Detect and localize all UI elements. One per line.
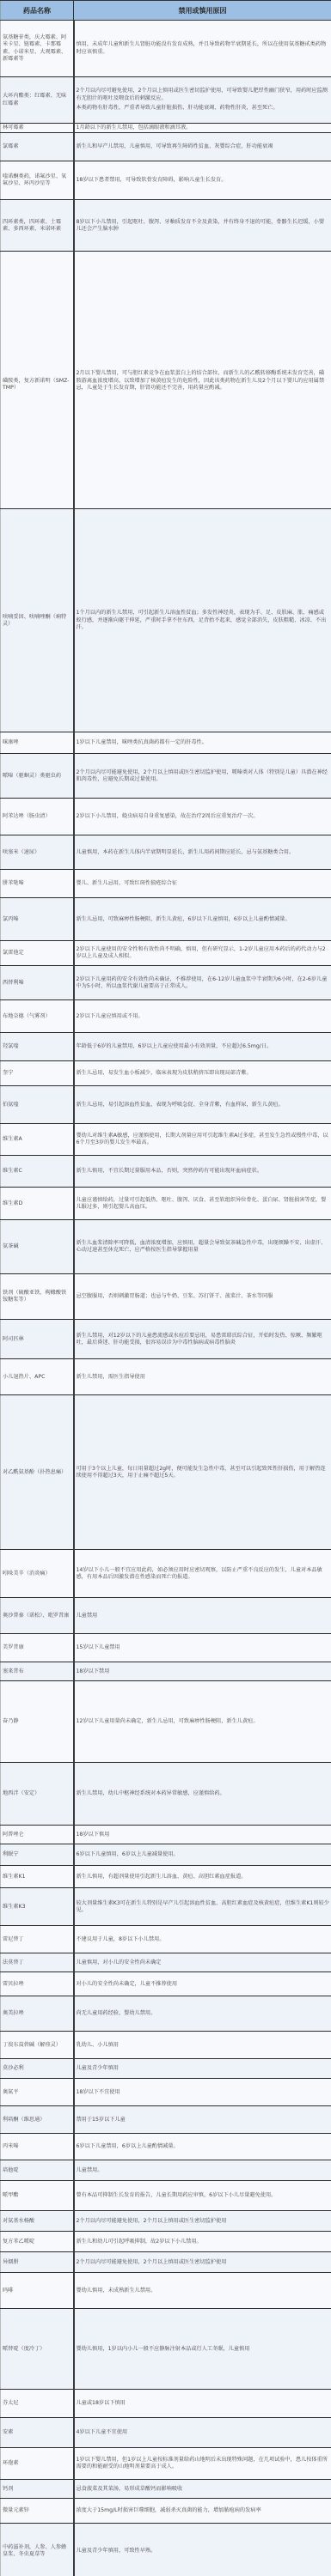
table-row: 美罗昔康15岁以下儿童禁用 (1, 1634, 331, 1662)
reason-text: 较大剂量维生素K3可在新生儿特别是早产儿引起溶血性贫血、高胆红素血症及核黄疸症，… (77, 1900, 330, 1915)
reason-text: 忌食菠菜及其菜汤，易形成草酸钙而影响吸收 (77, 2486, 330, 2493)
table-row: 奥美拉唑尚无儿童用药经验，婴幼儿禁用。 (1, 1996, 331, 2032)
reason-cell: 6岁以下儿童慎用，6岁以上儿童减量使用。 (74, 1844, 331, 1866)
reason-text: 不建议用于儿童，8岁以下小儿禁用。 (77, 1936, 330, 1943)
table-row: 塞来昔布18岁以下禁用 (1, 1662, 331, 1681)
reason-cell: 18岁以下患者禁用，可导致软骨发育障碍，影响儿童生长发育。 (74, 161, 331, 200)
reason-cell: 8岁以下小儿禁用，引起呕吐、腹泻、牙釉质发育不全及黄染，并有终身不退的可能，骨骼… (74, 200, 331, 252)
table-row: 丙米嗪6岁以下儿童禁用，6岁以上儿童酌情减量。 (1, 2134, 331, 2160)
drug-name-cell: 环孢素 (1, 2448, 74, 2480)
reason-cell: 1月龄以下的新生儿禁用，包括滴眼液和滴耳液。 (74, 124, 331, 133)
drug-name-cell: 维生素K3 (1, 1888, 74, 1926)
reason-text: 新生儿禁用，幼儿中枢神经系统对本药异常敏感，应谨慎给药。 (77, 1790, 330, 1797)
reason-cell: 慎用，未成年儿童和新生儿肾脏功能没有发育成熟，并且导致药物半衰期延长，所以在使用… (74, 21, 331, 77)
drug-name-cell: 氯霉素 (1, 133, 74, 161)
table-row: 吲哚美辛（消炎痛）14岁以下小儿一般不宜应用此药，如必须应用时应密切观察，以防止… (1, 1550, 331, 1598)
reason-text: 8岁以下小儿禁用，引起呕吐、腹泻、牙釉质发育不全及黄染，并有终身不退的可能，骨骼… (77, 219, 330, 234)
table-row: 氨基糖苷类，庆大霉素、阿米卡星、链霉素、卡那霉素、小诺米星、大观霉素、新霉素等慎… (1, 21, 331, 77)
reason-cell: 14岁以下小儿一般不宜应用此药，如必须应用时应密切观察，以防止严重不良反应的发生… (74, 1550, 331, 1598)
table-row: 奥沙普秦（诺松）、吡罗昔康儿童禁用 (1, 1598, 331, 1634)
drug-name-cell: 丙米嗪 (1, 2134, 74, 2160)
table-row: 布地奈德（气雾剂）2岁以下儿童应慎用或不用。 (1, 1000, 331, 1033)
reason-cell: 儿童或18岁以下慎用 (74, 2390, 331, 2418)
reason-cell: 乳幼儿、小儿慎用 (74, 2032, 331, 2059)
reason-cell: 18岁以下禁用 (74, 1662, 331, 1681)
reason-cell: 儿童及青少年慎用 (74, 2059, 331, 2079)
table-row: 咪康唑1岁以下儿童禁用，咪唑类抗真菌药都有一定的肝毒性。 (1, 732, 331, 754)
reason-text: 禁用于15岁以下儿童 (77, 2117, 330, 2123)
reason-cell: 1岁以下儿童禁用，咪唑类抗真菌药都有一定的肝毒性。 (74, 732, 331, 754)
drug-name-cell: 雷尼替丁 (1, 1926, 74, 1953)
reason-text: 慎用，未成年儿童和新生儿肾脏功能没有发育成熟，并且导致药物半衰期延长，所以在使用… (77, 41, 330, 56)
table-row: 哌甲酯曾有本品可抑制生长发育的报告，儿童长期用药应审慎，6岁以下小儿尽量避免使用… (1, 2181, 331, 2211)
drug-name-cell: 哌替啶（度冷丁） (1, 2309, 74, 2390)
table-row: 阿普唑仑18岁以下慎用 (1, 1826, 331, 1844)
drug-name-cell: 奥美拉唑 (1, 1996, 74, 2032)
reason-cell: 15岁以下儿童禁用 (74, 1634, 331, 1662)
reason-cell: 4岁以下儿童不宜使用 (74, 2418, 331, 2448)
table-row: 莫沙必利儿童及青少年慎用 (1, 2059, 331, 2079)
reason-cell: 对小儿的安全性尚未确定，儿童不推荐使用 (74, 1972, 331, 1996)
drug-name-cell: 维生素D (1, 1188, 74, 1220)
drug-name-cell: 氯雷他定 (1, 941, 74, 966)
table-row: 喹诺酮类药，诺氟沙星、氧氟沙星、环丙沙星等18岁以下患者禁用，可导致软骨发育障碍… (1, 161, 331, 200)
reason-text: 15岁以下儿童禁用 (77, 1644, 330, 1651)
reason-cell: 1个月以内的新生儿禁用，可引起新生儿溶血性贫血；多发性神经炎，表现为手、足、皮肤… (74, 509, 331, 732)
reason-text: 18岁以下患者禁用，可导致软骨发育障碍，影响儿童生长发育。 (77, 177, 330, 184)
drug-name-cell: 异烟肼 (1, 2252, 74, 2273)
reason-text: 新生儿禁用，对12岁以下的儿童患流感或水痘后要忌用，易患雷耶氏综合征，开始时发热… (77, 1333, 330, 1347)
reason-text: 年龄低于6岁的儿童禁用，6岁以上儿童应使用最小有效剂量，不应超过6.5mg/日。 (77, 1043, 330, 1050)
table-row: 安素4岁以下儿童不宜使用 (1, 2418, 331, 2448)
drug-name-cell: 钙剂 (1, 2480, 74, 2499)
reason-text: 1岁以下婴儿禁用，但1岁以上儿童按标准剂量给药山地明后未出现特殊问题，在几项试验… (77, 2457, 330, 2471)
drug-table: 药品名称 禁用或慎用原因 氨基糖苷类，庆大霉素、阿米卡星、链霉素、卡那霉素、小诺… (0, 0, 331, 2576)
reason-text: 6岁以下儿童禁用，6岁以上儿童酌情减量。 (77, 2143, 330, 2150)
reason-text: 1月龄以下的新生儿禁用，包括滴眼液和滴耳液。 (77, 125, 330, 131)
drug-name-cell: 美罗昔康 (1, 1634, 74, 1662)
reason-cell: 6岁以下儿童禁用，6岁以上儿童酌情减量。 (74, 2134, 331, 2160)
table-row: 哌替啶（度冷丁）婴幼儿慎用，1岁以内小儿一般不应静脉注射本品或行人工冬眠，儿童慎… (1, 2309, 331, 2390)
drug-name-cell: 阿苯达唑（肠虫清） (1, 799, 74, 835)
table-row: 呋塞米（速尿）儿童慎用，本药在新生儿体内半衰期明显延长，新生儿用药间期应延长，忌… (1, 835, 331, 870)
reason-text: 新生儿忌用，易发生血小板减少，临床表现为皮肤稍挤压即出现局部青紫。 (77, 1070, 330, 1077)
table-row: 氨茶碱新生儿血浆清除率可降低，血清浓度增加，应慎用，超量会导致氨茶碱急性中毒，出… (1, 1220, 331, 1274)
table-row: 丁溴东莨菪碱（解痉灵）乳幼儿、小儿慎用 (1, 2032, 331, 2059)
drug-name-cell: 咪康唑 (1, 732, 74, 754)
drug-name-cell: 丁溴东莨菪碱（解痉灵） (1, 2032, 74, 2059)
table-row: 氯霉素新生儿和早产儿禁用，儿童慎用，可导致再生障碍性贫血、灰婴综合症，肝功能衰竭 (1, 133, 331, 161)
reason-cell: 儿童及青少年慎用，可致性早熟。 (74, 2524, 331, 2576)
table-row: 阿司匹林新生儿禁用，对12岁以下的儿童患流感或水痘后要忌用，易患雷耶氏综合征，开… (1, 1320, 331, 1359)
reason-cell: 12岁以下儿童用量尚未确定，新生儿忌用，可致麻痹性肠梗阻，新生儿黄疸。 (74, 1681, 331, 1763)
reason-cell: 浓度大于15mg/L时损害巨噬细胞，减弱杀灭真菌的能力，增加脓疱病的发病率 (74, 2499, 331, 2524)
reason-cell: 2岁以下儿童用药的安全有效性尚未确证，不推荐使用，在6-12岁儿童血浆中半衰期为… (74, 966, 331, 1000)
reason-text: 2岁以下儿童应慎用或不用。 (77, 1013, 330, 1020)
table-row: 西替利嗪2岁以下儿童用药的安全有效性尚未确证，不推荐使用，在6-12岁儿童血浆中… (1, 966, 331, 1000)
drug-name-cell: 雷贝拉唑 (1, 1972, 74, 1996)
reason-text: 2个月以内尽可能避免使用，2个月以上慎用或医生密切监护使用 (77, 2218, 330, 2225)
table-row: 维生素D儿童应谨慎给药，过量可引起低热、呕吐、腹泻、厌食、甚至软组织异位骨化、蛋… (1, 1188, 331, 1220)
reason-cell: 儿童慎用，对小儿的安全性尚未确定 (74, 1953, 331, 1972)
reason-text: 18岁以下慎用 (77, 1832, 330, 1838)
reason-text: 2岁以下儿童用药的安全有效性尚未确证，不推荐使用，在6-12岁儿童血浆中半衰期为… (77, 976, 330, 991)
reason-cell: 新生儿禁用，幼儿中枢神经系统对本药异常敏感，应谨慎给药。 (74, 1763, 331, 1826)
reason-text: 曾有本品可抑制生长发育的报告，儿童长期用药应审慎，6岁以下小儿尽量避免使用。 (77, 2192, 330, 2199)
reason-text: 2岁以下儿童使用的安全性和有效性尚不明确，慎用，但有研究显示，1-2岁儿童应用本… (77, 946, 330, 961)
reason-cell: 2岁以下小儿禁用，蛲虫病易自身重复感染，故在治疗2周后应重复治疗一次。 (74, 799, 331, 835)
drug-name-cell: 阿普唑仑 (1, 1826, 74, 1844)
reason-cell: 2个月以内尽可能避免使用，2个月以上慎用或医生密切监护使用，哌嗪类对人体（特别是… (74, 754, 331, 799)
table-row: 钙剂忌食菠菜及其菜汤，易形成草酸钙而影响吸收 (1, 2480, 331, 2499)
reason-text: 新生儿慎用，不宜长期过量服用本品，否则，突然停药有可能出现坏血病症状。 (77, 1168, 330, 1175)
table-row: 羟氯喹年龄低于6岁的儿童禁用，6岁以上儿童应使用最小有效剂量，不应超过6.5mg… (1, 1033, 331, 1061)
drug-name-cell: 维生素K1 (1, 1866, 74, 1888)
reason-cell: 新生儿忌用，易发生血小板减少，临床表现为皮肤稍挤压即出现局部青紫。 (74, 1061, 331, 1086)
drug-name-cell: 四环素类，四环素、土霉素、多西环素、米诺环素 (1, 200, 74, 252)
table-body: 氨基糖苷类，庆大霉素、阿米卡星、链霉素、卡那霉素、小诺米星、大观霉素、新霉素等慎… (1, 21, 331, 2576)
drug-name-cell: 培他啶 (1, 2160, 74, 2181)
drug-name-cell: 复方苯乙哌啶 (1, 2232, 74, 2252)
reason-text: 2个月以内尽可能避免使用，2个月以上慎用或医生密切监护使用，哌嗪类对人体（特别是… (77, 769, 330, 784)
header-row: 药品名称 禁用或慎用原因 (1, 1, 331, 21)
reason-text: 新生儿慎用，有超剂量使用引起新生儿溶血、黄疸、高胆红素血症报道。 (77, 1874, 330, 1880)
drug-name-cell: 林可霉素 (1, 124, 74, 133)
drug-name-cell: 吲哚美辛（消炎痛） (1, 1550, 74, 1598)
drug-name-cell: 奥沙普秦（诺松）、吡罗昔康 (1, 1598, 74, 1634)
reason-cell: 年龄低于6岁的儿童禁用，6岁以上儿童应使用最小有效剂量，不应超过6.5mg/日。 (74, 1033, 331, 1061)
reason-text: 新生儿和早产儿禁用，儿童慎用，可导致再生障碍性贫血、灰婴综合症，肝功能衰竭 (77, 143, 330, 150)
reason-text: 新生儿禁用，需医生指导使用 (77, 1374, 330, 1381)
reason-cell: 新生儿慎用，不宜长期过量服用本品，否则，突然停药有可能出现坏血病症状。 (74, 1156, 331, 1188)
reason-text: 可用于3个以上儿童，每日用量超过2g时，便可能发生急性中毒，甚至可以引起致死性肝… (77, 1466, 330, 1480)
reason-text: 18岁以下禁用 (77, 1668, 330, 1675)
reason-text: 儿童应谨慎给药，过量可引起低热、呕吐、腹泻、厌食、甚至软组织异位骨化、蛋白尿、肾… (77, 1197, 330, 1212)
reason-text: 儿童或18岁以下慎用 (77, 2400, 330, 2407)
reason-cell: 儿童禁用。 (74, 2160, 331, 2181)
reason-text: 儿童慎用，本药在新生儿体内半衰期明显延长，新生儿用药间期应延长，忌与氨基糖类合用… (77, 849, 330, 856)
drug-name-cell: 呋塞米（速尿） (1, 835, 74, 870)
reason-cell: 1岁以下婴儿禁用，但1岁以上儿童按标准剂量给药山地明后未出现特殊问题，在几项试验… (74, 2448, 331, 2480)
drug-name-cell: 羟氯喹 (1, 1033, 74, 1061)
reason-cell: 2岁以下儿童使用的安全性和有效性尚不明确，慎用，但有研究显示，1-2岁儿童应用本… (74, 941, 331, 966)
reason-text: 婴儿、新生儿忌用，可致红斑性狼疮综合征 (77, 880, 330, 887)
reason-text: 儿童禁用 (77, 1613, 330, 1619)
reason-cell: 忌空腹服用，否则刺激胃肠道；也忌与牛奶、豆浆、苏打饼干、菠菜汁、茶水等同服 (74, 1274, 331, 1320)
table-row: 奋乃静12岁以下儿童用量尚未确定，新生儿忌用，可致麻痹性肠梗阻，新生儿黄疸。 (1, 1681, 331, 1763)
table-row: 奥氮平18岁以下不宜使用 (1, 2079, 331, 2106)
reason-cell: 2个月以内尽可能避免使用，2个月以上慎用或医生密切监护使用 (74, 2252, 331, 2273)
reason-cell: 18岁以下慎用 (74, 1826, 331, 1844)
reason-text: 4岁以下儿童不宜使用 (77, 2429, 330, 2436)
reason-text: 14岁以下小儿一般不宜应用此药，如必须应用时应密切观察，以防止严重不良反应的发生… (77, 1567, 330, 1582)
table-row: 维生素K3较大剂量维生素K3可在新生儿特别是早产儿引起溶血性贫血、高胆红素血症及… (1, 1888, 331, 1926)
reason-text: 1个月以内的新生儿禁用，可引起新生儿溶血性贫血；多发性神经炎，表现为手、足、皮肤… (77, 610, 330, 631)
table-row: 中药滋补剂，人参、人参蜂皇浆、冬虫夏草等儿童及青少年慎用，可致性早熟。 (1, 2524, 331, 2576)
reason-cell: 新生儿和幼儿可引起呼吸抑制，故2岁以下小儿禁用。 (74, 2232, 331, 2252)
drug-name-cell: 阿司匹林 (1, 1320, 74, 1359)
drug-name-cell: 对乙酰氨基酚（扑热息痛） (1, 1395, 74, 1550)
reason-cell: 婴幼儿慎用，未成熟新生儿禁用。 (74, 2273, 331, 2309)
reason-text: 本类药物有肝毒性，严重者导致儿童肝脏损伤、肝功能衰竭、药物性肝炎，甚至死亡。 (77, 105, 330, 112)
reason-cell: 不建议用于儿童，8岁以下小儿禁用。 (74, 1926, 331, 1953)
reason-cell: 2月以下婴儿禁用，可与胆红素竞争在血浆蛋白上的结合部位，而新生儿的乙酰转移酶系统… (74, 252, 331, 509)
reason-cell: 曾有本品可抑制生长发育的报告，儿童长期用药应审慎，6岁以下小儿尽量避免使用。 (74, 2181, 331, 2211)
reason-text: 婴幼儿慎用，未成熟新生儿禁用。 (77, 2287, 330, 2294)
reason-text: 12岁以下儿童用量尚未确定，新生儿忌用，可致麻痹性肠梗阻，新生儿黄疸。 (77, 1718, 330, 1725)
drug-name-cell: 大环内酯类：红霉素、无味红霉素 (1, 77, 74, 124)
drug-name-cell: 中药滋补剂，人参、人参蜂皇浆、冬虫夏草等 (1, 2524, 74, 2576)
reason-text: 2岁以下小儿禁用，蛲虫病易自身重复感染，故在治疗2周后应重复治疗一次。 (77, 813, 330, 820)
reason-cell: 新生儿禁用，对12岁以下的儿童患流感或水痘后要忌用，易患雷耶氏综合征，开始时发热… (74, 1320, 331, 1359)
header-drug-name: 药品名称 (1, 1, 74, 21)
table-row: 氯丙嗪新生儿忌用，可致麻痹性肠梗阻，新生儿黄疸，6岁以下儿童慎用，6岁以上儿童酌… (1, 898, 331, 941)
drug-name-cell: 小儿退热片、APC (1, 1359, 74, 1395)
table-row: 铁剂（硫酸亚铁、枸橼酸铁铵糖浆等）忌空腹服用，否则刺激胃肠道；也忌与牛奶、豆浆、… (1, 1274, 331, 1320)
table-row: 维生素C新生儿慎用，不宜长期过量服用本品，否则，突然停药有可能出现坏血病症状。 (1, 1156, 331, 1188)
reason-text: 18岁以下不宜使用 (77, 2089, 330, 2096)
drug-name-cell: 芬太尼 (1, 2390, 74, 2418)
reason-text: 2个月以内尽可能避免使用，2个月以上慎用或医生密切监护使用 (77, 2259, 330, 2266)
reason-cell: 2岁以下儿童应慎用或不用。 (74, 1000, 331, 1033)
reason-cell: 新生儿忌用，可致麻痹性肠梗阻，新生儿黄疸，6岁以下儿童慎用，6岁以上儿童酌情减量… (74, 898, 331, 941)
table-row: 四环素类，四环素、土霉素、多西环素、米诺环素8岁以下小儿禁用，引起呕吐、腹泻、牙… (1, 200, 331, 252)
drug-name-cell: 磺胺类，复方新诺明（SMZ-TMP） (1, 252, 74, 509)
drug-name-cell: 吗啡 (1, 2273, 74, 2309)
drug-name-cell: 氯丙嗪 (1, 898, 74, 941)
drug-name-cell: 呋喃妥因、呋喃唑酮（痢特灵） (1, 509, 74, 732)
drug-name-cell: 塞来昔布 (1, 1662, 74, 1681)
drug-name-cell: 哌甲酯 (1, 2181, 74, 2211)
table-row: 地西泮（安定）新生儿禁用，幼儿中枢神经系统对本药异常敏感，应谨慎给药。 (1, 1763, 331, 1826)
table-row: 异烟肼2个月以内尽可能避免使用，2个月以上慎用或医生密切监护使用 (1, 2252, 331, 2273)
reason-text: 婴幼儿对维生素A敏感，应谨慎使用，长期大剂量应用可引起维生素A过多症，甚至发生急… (77, 1133, 330, 1147)
drug-name-cell: 哌嗪（驱蛔灵）类驱虫药 (1, 754, 74, 799)
table-row: 雷尼替丁不建议用于儿童，8岁以下小儿禁用。 (1, 1926, 331, 1953)
reason-text: 儿童及青少年慎用 (77, 2065, 330, 2072)
reason-cell: 禁用于15岁以下儿童 (74, 2106, 331, 2134)
drug-name-cell: 微量元素锌 (1, 2499, 74, 2524)
reason-text: 忌空腹服用，否则刺激胃肠道；也忌与牛奶、豆浆、苏打饼干、菠菜汁、茶水等同服 (77, 1293, 330, 1300)
drug-name-cell: 西替利嗪 (1, 966, 74, 1000)
table-row: 微量元素锌浓度大于15mg/L时损害巨噬细胞，减弱杀灭真菌的能力，增加脓疱病的发… (1, 2499, 331, 2524)
drug-name-cell: 氨基糖苷类，庆大霉素、阿米卡星、链霉素、卡那霉素、小诺米星、大观霉素、新霉素等 (1, 21, 74, 77)
drug-name-cell: 奋乃静 (1, 1681, 74, 1763)
reason-text: 新生儿忌用，可致麻痹性肠梗阻，新生儿黄疸，6岁以下儿童慎用，6岁以上儿童酌情减量… (77, 916, 330, 923)
table-row: 磺胺类，复方新诺明（SMZ-TMP）2月以下婴儿禁用，可与胆红素竞争在血浆蛋白上… (1, 252, 331, 509)
reason-cell: 18岁以下不宜使用 (74, 2079, 331, 2106)
drug-name-cell: 对氨基水杨酸 (1, 2211, 74, 2232)
reason-cell: 2个月以内尽可能避免使用，2个月以上慎用或医生密切监护使用 (74, 2211, 331, 2232)
table-row: 利眠宁6岁以下儿童慎用，6岁以上儿童减量使用。 (1, 1844, 331, 1866)
table-row: 对乙酰氨基酚（扑热息痛）可用于3个以上儿童，每日用量超过2g时，便可能发生急性中… (1, 1395, 331, 1550)
reason-cell: 儿童禁用 (74, 1598, 331, 1634)
header-reason: 禁用或慎用原因 (74, 1, 331, 21)
reason-cell: 新生儿禁用，需医生指导使用 (74, 1359, 331, 1395)
table-row: 对氨基水杨酸2个月以内尽可能避免使用，2个月以上慎用或医生密切监护使用 (1, 2211, 331, 2232)
reason-cell: 儿童慎用，本药在新生儿体内半衰期明显延长，新生儿用药间期应延长，忌与氨基糖类合用… (74, 835, 331, 870)
reason-text: 乳幼儿、小儿慎用 (77, 2042, 330, 2049)
reason-text: 新生儿忌用，易引起溶血性贫血，表现为呼吸急促、全身青紫，有血样尿，新生儿黄疸。 (77, 1102, 330, 1109)
drug-name-cell: 地西泮（安定） (1, 1763, 74, 1826)
table-row: 林可霉素1月龄以下的新生儿禁用，包括滴眼液和滴耳液。 (1, 124, 331, 133)
table-row: 复方苯乙哌啶新生儿和幼儿可引起呼吸抑制，故2岁以下小儿禁用。 (1, 2232, 331, 2252)
table-row: 伯氨喹新生儿忌用，易引起溶血性贫血，表现为呼吸急促、全身青紫，有血样尿，新生儿黄… (1, 1086, 331, 1124)
reason-cell: 儿童应谨慎给药，过量可引起低热、呕吐、腹泻、厌食、甚至软组织异位骨化、蛋白尿、肾… (74, 1188, 331, 1220)
reason-cell: 新生儿和早产儿禁用，儿童慎用，可导致再生障碍性贫血、灰婴综合症，肝功能衰竭 (74, 133, 331, 161)
table-row: 维生素K1新生儿慎用，有超剂量使用引起新生儿溶血、黄疸、高胆红素血症报道。 (1, 1866, 331, 1888)
table-row: 吗啡婴幼儿慎用，未成熟新生儿禁用。 (1, 2273, 331, 2309)
drug-name-cell: 维生素C (1, 1156, 74, 1188)
reason-text: 婴幼儿慎用，1岁以内小儿一般不应静脉注射本品或行人工冬眠，儿童慎用 (77, 2346, 330, 2353)
drug-name-cell: 伯氨喹 (1, 1086, 74, 1124)
reason-cell: 2个月以内尽可避免使用，2个月以上慎用或医生密切监护使用，可导致婴儿肥厚性幽门狭… (74, 77, 331, 124)
reason-cell: 新生儿血浆清除率可降低，血清浓度增加，应慎用，超量会导致氨茶碱急性中毒，出现烦躁… (74, 1220, 331, 1274)
reason-text: 儿童慎用，对小儿的安全性尚未确定 (77, 1959, 330, 1966)
reason-text: 儿童及青少年慎用，可致性早熟。 (77, 2548, 330, 2555)
table-row: 小儿退热片、APC新生儿禁用，需医生指导使用 (1, 1359, 331, 1395)
drug-name-cell: 维生素A (1, 1124, 74, 1156)
table-row: 哌嗪（驱蛔灵）类驱虫药2个月以内尽可能避免使用，2个月以上慎用或医生密切监护使用… (1, 754, 331, 799)
reason-cell: 忌食菠菜及其菜汤，易形成草酸钙而影响吸收 (74, 2480, 331, 2499)
drug-name-cell: 肼苯哒嗪 (1, 870, 74, 898)
table-row: 肼苯哒嗪婴儿、新生儿忌用，可致红斑性狼疮综合征 (1, 870, 331, 898)
drug-name-cell: 利培酮（维思通） (1, 2106, 74, 2134)
reason-text: 新生儿血浆清除率可降低，血清浓度增加，应慎用，超量会导致氨茶碱急性中毒，出现烦躁… (77, 1240, 330, 1255)
drug-name-cell: 法莫替丁 (1, 1953, 74, 1972)
reason-text: 儿童禁用。 (77, 2167, 330, 2174)
table-row: 大环内酯类：红霉素、无味红霉素2个月以内尽可避免使用，2个月以上慎用或医生密切监… (1, 77, 331, 124)
reason-text: 1岁以下儿童禁用，咪唑类抗真菌药都有一定的肝毒性。 (77, 739, 330, 746)
reason-text: 新生儿和幼儿可引起呼吸抑制，故2岁以下小儿禁用。 (77, 2239, 330, 2245)
table-row: 氯雷他定2岁以下儿童使用的安全性和有效性尚不明确，慎用，但有研究显示，1-2岁儿… (1, 941, 331, 966)
drug-name-cell: 布地奈德（气雾剂） (1, 1000, 74, 1033)
drug-name-cell: 奥氮平 (1, 2079, 74, 2106)
table-row: 呋喃妥因、呋喃唑酮（痢特灵）1个月以内的新生儿禁用，可引起新生儿溶血性贫血；多发… (1, 509, 331, 732)
table-row: 环孢素1岁以下婴儿禁用，但1岁以上儿童按标准剂量给药山地明后未出现特殊问题，在几… (1, 2448, 331, 2480)
table-row: 阿苯达唑（肠虫清）2岁以下小儿禁用，蛲虫病易自身重复感染，故在治疗2周后应重复治… (1, 799, 331, 835)
table-row: 奎宁新生儿忌用，易发生血小板减少，临床表现为皮肤稍挤压即出现局部青紫。 (1, 1061, 331, 1086)
table-row: 利培酮（维思通）禁用于15岁以下儿童 (1, 2106, 331, 2134)
reason-text: 尚无儿童用药经验，婴幼儿禁用。 (77, 2010, 330, 2017)
table-row: 雷贝拉唑对小儿的安全性尚未确定，儿童不推荐使用 (1, 1972, 331, 1996)
table-row: 法莫替丁儿童慎用，对小儿的安全性尚未确定 (1, 1953, 331, 1972)
drug-name-cell: 氨茶碱 (1, 1220, 74, 1274)
reason-cell: 可用于3个以上儿童，每日用量超过2g时，便可能发生急性中毒，甚至可以引起致死性肝… (74, 1395, 331, 1550)
drug-name-cell: 莫沙必利 (1, 2059, 74, 2079)
reason-cell: 婴幼儿慎用，1岁以内小儿一般不应静脉注射本品或行人工冬眠，儿童慎用 (74, 2309, 331, 2390)
reason-cell: 尚无儿童用药经验，婴幼儿禁用。 (74, 1996, 331, 2032)
drug-name-cell: 铁剂（硫酸亚铁、枸橼酸铁铵糖浆等） (1, 1274, 74, 1320)
reason-cell: 婴幼儿对维生素A敏感，应谨慎使用，长期大剂量应用可引起维生素A过多症，甚至发生急… (74, 1124, 331, 1156)
table-row: 培他啶儿童禁用。 (1, 2160, 331, 2181)
reason-text: 6岁以下儿童慎用，6岁以上儿童减量使用。 (77, 1851, 330, 1858)
table-row: 芬太尼儿童或18岁以下慎用 (1, 2390, 331, 2418)
reason-cell: 新生儿慎用，有超剂量使用引起新生儿溶血、黄疸、高胆红素血症报道。 (74, 1866, 331, 1888)
reason-cell: 婴儿、新生儿忌用，可致红斑性狼疮综合征 (74, 870, 331, 898)
reason-text: 2个月以内尽可避免使用，2个月以上慎用或医生密切监护使用，可导致婴儿肥厚性幽门狭… (77, 88, 330, 102)
reason-text: 2月以下婴儿禁用，可与胆红素竞争在血浆蛋白上的结合部位，而新生儿的乙酰转移酶系统… (77, 370, 330, 392)
drug-name-cell: 安素 (1, 2418, 74, 2448)
reason-cell: 较大剂量维生素K3可在新生儿特别是早产儿引起溶血性贫血、高胆红素血症及核黄疸症，… (74, 1888, 331, 1926)
table-row: 维生素A婴幼儿对维生素A敏感，应谨慎使用，长期大剂量应用可引起维生素A过多症，甚… (1, 1124, 331, 1156)
drug-name-cell: 喹诺酮类药，诺氟沙星、氧氟沙星、环丙沙星等 (1, 161, 74, 200)
reason-text: 对小儿的安全性尚未确定，儿童不推荐使用 (77, 1981, 330, 1988)
reason-text: 浓度大于15mg/L时损害巨噬细胞，减弱杀灭真菌的能力，增加脓疱病的发病率 (77, 2507, 330, 2514)
drug-name-cell: 奎宁 (1, 1061, 74, 1086)
reason-cell: 新生儿忌用，易引起溶血性贫血，表现为呼吸急促、全身青紫，有血样尿，新生儿黄疸。 (74, 1086, 331, 1124)
drug-name-cell: 利眠宁 (1, 1844, 74, 1866)
